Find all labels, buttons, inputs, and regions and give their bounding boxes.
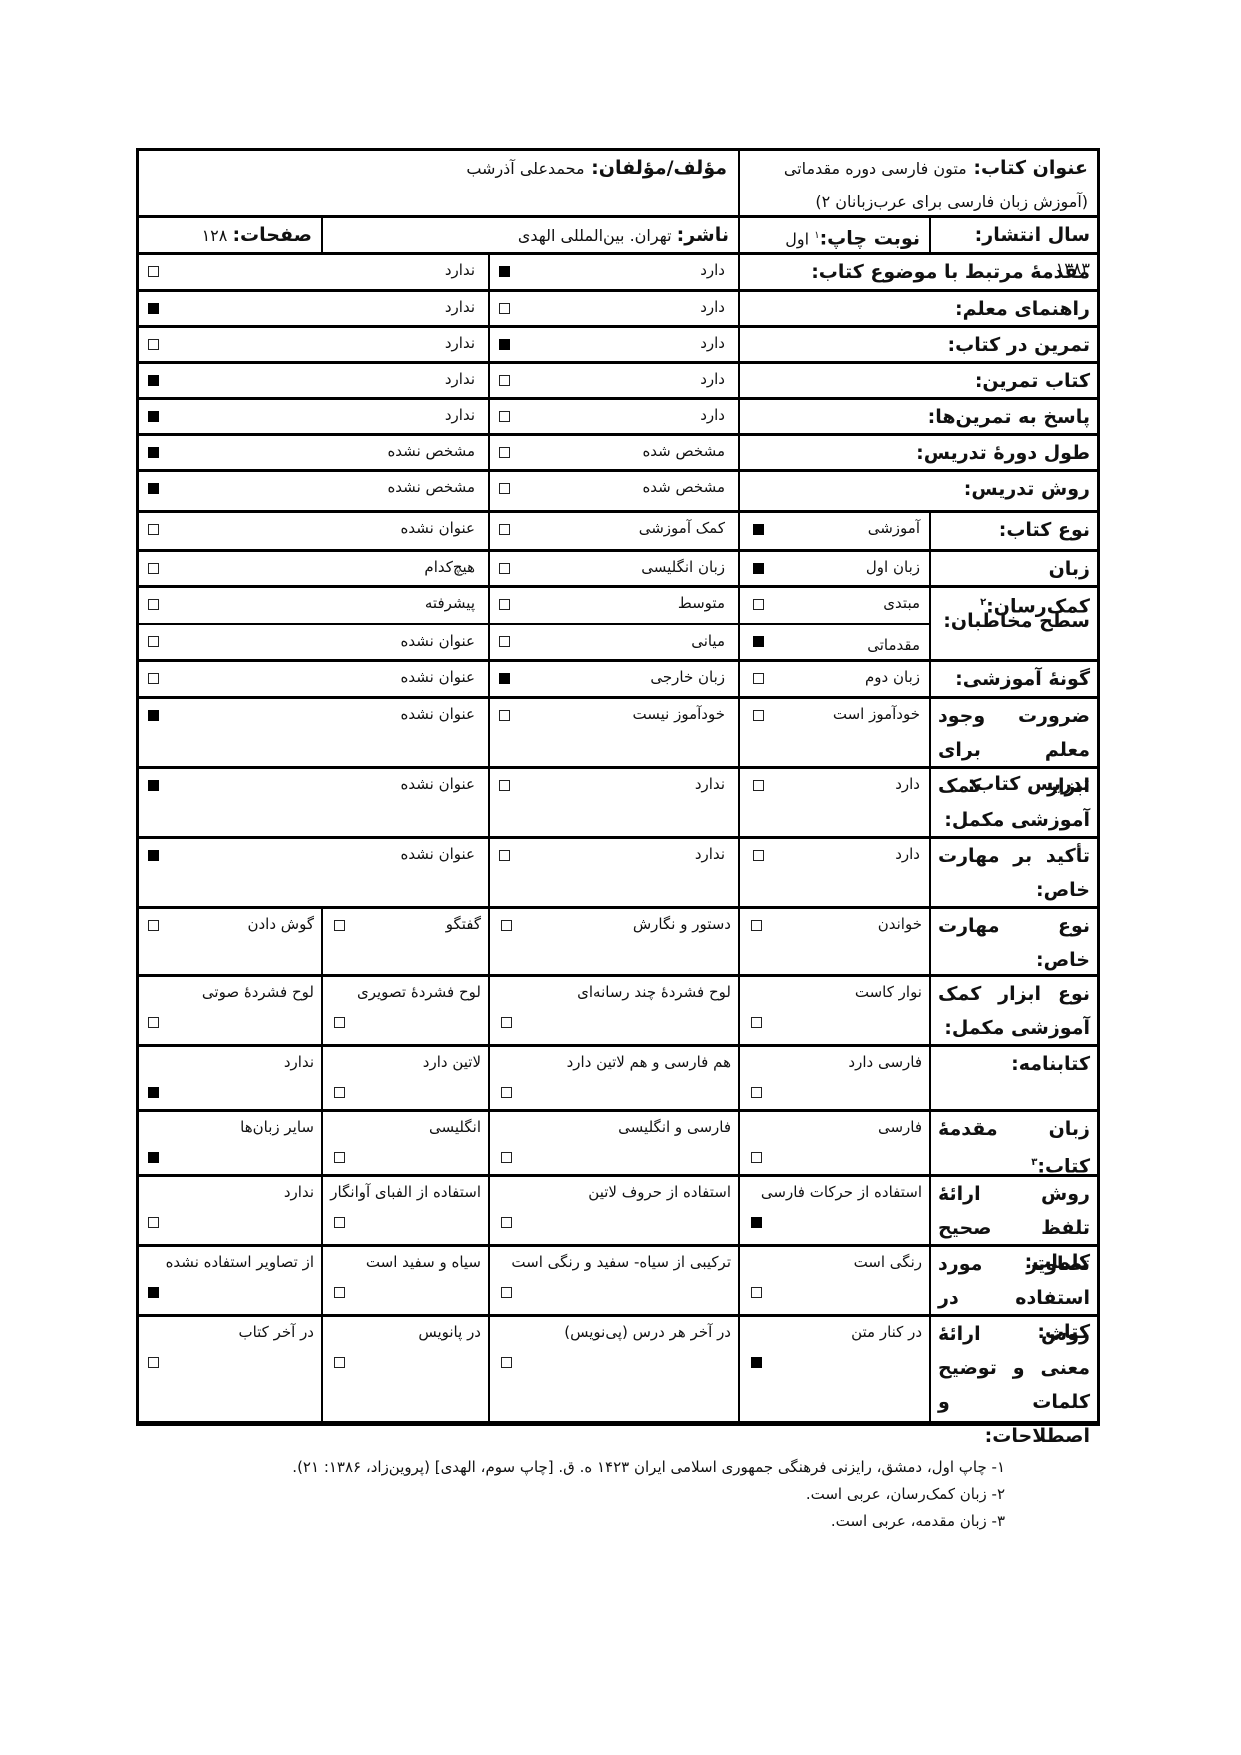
row-label-1: راهنمای معلم: (741, 290, 1098, 326)
column-divider (321, 975, 323, 1045)
option-label: از تصاویر استفاده نشده (166, 1253, 314, 1271)
option-label: عنوان نشده (401, 668, 475, 686)
checkbox-unchecked[interactable] (499, 375, 510, 386)
column-divider (929, 511, 931, 550)
option-label: عنوان نشده (401, 632, 475, 650)
column-divider (488, 1175, 490, 1245)
checkbox-unchecked[interactable] (148, 920, 159, 931)
column-divider (488, 253, 490, 290)
row-label-13: تأکید بر مهارت خاص: (932, 837, 1098, 907)
checkbox-unchecked[interactable] (499, 411, 510, 422)
checkbox-unchecked[interactable] (753, 710, 764, 721)
checkbox-unchecked[interactable] (334, 1087, 345, 1098)
column-divider (488, 290, 490, 326)
option-label: عنوان نشده (401, 519, 475, 537)
option-label: انگلیسی (429, 1118, 481, 1136)
row-label-12: ابزار کمک آموزشی مکمل: (932, 767, 1098, 837)
option-label: عنوان نشده (401, 705, 475, 723)
edition: نوبت چاپ:۱ اول (741, 217, 928, 253)
checkbox-unchecked[interactable] (148, 636, 159, 647)
column-divider (488, 470, 490, 511)
option-label: لوح فشردهٔ تصویری (357, 983, 481, 1001)
row-label-text: سطح مخاطبان: (943, 610, 1090, 632)
row-label-8: زبان کمک‌رسان:۲ (932, 550, 1098, 586)
checkbox-unchecked[interactable] (499, 599, 510, 610)
option-label: مبتدی (883, 594, 920, 612)
row-label-text: نوع کتاب: (999, 519, 1090, 541)
column-divider (488, 660, 490, 697)
row-label-4: پاسخ به تمرین‌ها: (741, 398, 1098, 434)
row-divider (136, 215, 1100, 218)
option-label: لوح فشردهٔ صوتی (202, 983, 314, 1001)
row-label-17: زبان مقدمهٔ کتاب:۳ (932, 1110, 1098, 1175)
title-label: عنوان کتاب: (967, 157, 1088, 179)
checkbox-checked[interactable] (753, 563, 764, 574)
checkbox-unchecked[interactable] (753, 780, 764, 791)
checkbox-unchecked[interactable] (753, 673, 764, 684)
checkbox-checked[interactable] (751, 1217, 762, 1228)
column-divider (321, 216, 323, 253)
footnote-2: ۲- زبان کمک‌رسان، عربی است. (806, 1485, 1005, 1503)
row-label-text: کتاب تمرین: (975, 370, 1090, 392)
checkbox-unchecked[interactable] (148, 1357, 159, 1368)
option-label: ندارد (445, 334, 475, 352)
option-label: لاتین دارد (423, 1053, 481, 1071)
column-divider (488, 697, 490, 767)
checkbox-unchecked[interactable] (753, 599, 764, 610)
checkbox-unchecked[interactable] (334, 1287, 345, 1298)
checkbox-unchecked[interactable] (334, 1017, 345, 1028)
option-label: هم فارسی و هم لاتین دارد (567, 1053, 731, 1071)
author-value: محمدعلی آذرشب (466, 159, 584, 178)
row-label-text: راهنمای معلم: (955, 298, 1090, 320)
column-divider (488, 975, 490, 1045)
checkbox-checked[interactable] (751, 1357, 762, 1368)
option-label: لوح فشردهٔ چند رسانه‌ای (577, 983, 731, 1001)
checkbox-checked[interactable] (499, 673, 510, 684)
option-label: مقدماتی (867, 636, 920, 654)
column-divider (738, 1110, 740, 1175)
option-label: فارسی (878, 1118, 922, 1136)
option-label: سایر زبان‌ها (240, 1118, 314, 1136)
option-label: دارد (895, 775, 920, 793)
row-label-20: روش ارائهٔ معنی و توضیح کلمات و اصطلاحات… (932, 1315, 1098, 1424)
checkbox-unchecked[interactable] (751, 1017, 762, 1028)
option-label: در آخر هر درس (پی‌نویس) (564, 1323, 731, 1341)
column-divider (738, 1175, 740, 1245)
option-label: رنگی است (854, 1253, 922, 1271)
option-label: فارسی دارد (848, 1053, 922, 1071)
checkbox-checked[interactable] (753, 636, 764, 647)
row-label-16: کتابنامه: (932, 1045, 1098, 1110)
option-label: ندارد (284, 1053, 314, 1071)
publisher: ناشر: تهران. بین‌المللی الهدی (324, 217, 737, 253)
row-label-3: کتاب تمرین: (741, 362, 1098, 398)
column-divider (321, 1110, 323, 1175)
column-divider (738, 148, 740, 253)
option-label: مشخص نشده (387, 442, 475, 460)
option-label: مشخص شده (642, 442, 725, 460)
checkbox-unchecked[interactable] (499, 636, 510, 647)
column-divider (488, 398, 490, 434)
row-label-text: مقدمهٔ مرتبط با موضوع کتاب: (811, 261, 1090, 283)
checkbox-unchecked[interactable] (751, 1152, 762, 1163)
option-label: دارد (700, 370, 725, 388)
option-label: ندارد (445, 261, 475, 279)
column-divider (929, 1315, 931, 1424)
checkbox-unchecked[interactable] (751, 1287, 762, 1298)
checkbox-unchecked[interactable] (753, 850, 764, 861)
checkbox-unchecked[interactable] (334, 920, 345, 931)
checkbox-unchecked[interactable] (148, 266, 159, 277)
option-label: استفاده از الفبای آوانگار (330, 1183, 481, 1201)
author-cell: مؤلف/مؤلفان: محمدعلی آذرشب (140, 150, 735, 216)
pages: صفحات: ۱۲۸ (138, 217, 320, 253)
checkbox-unchecked[interactable] (501, 1087, 512, 1098)
row-label-text: نوع مهارت خاص: (938, 915, 1090, 971)
option-label: زبان دوم (865, 668, 920, 686)
option-label: خواندن (878, 915, 922, 933)
checkbox-unchecked[interactable] (334, 1217, 345, 1228)
option-label: خودآموز است (833, 705, 920, 723)
checkbox-unchecked[interactable] (148, 673, 159, 684)
publisher-label: ناشر: (677, 224, 729, 246)
checkbox-checked[interactable] (148, 375, 159, 386)
column-divider (929, 550, 931, 586)
row-label-19: تصاویر مورد استفاده در کتاب: (932, 1245, 1098, 1315)
checkbox-unchecked[interactable] (501, 1357, 512, 1368)
option-label: مشخص نشده (387, 478, 475, 496)
checkbox-unchecked[interactable] (499, 483, 510, 494)
column-divider (488, 550, 490, 586)
option-label: ندارد (284, 1183, 314, 1201)
checkbox-unchecked[interactable] (501, 920, 512, 931)
checkbox-unchecked[interactable] (148, 1017, 159, 1028)
publication-year: سال انتشار: ۱۳۸۳ (932, 217, 1098, 253)
checkbox-checked[interactable] (148, 411, 159, 422)
column-divider (738, 660, 740, 697)
column-divider (488, 362, 490, 398)
checkbox-checked[interactable] (148, 303, 159, 314)
option-label: ترکیبی از سیاه- سفید و رنگی است (511, 1253, 731, 1271)
option-label: در کنار متن (851, 1323, 922, 1341)
footnote-3: ۳- زبان مقدمه، عربی است. (831, 1512, 1005, 1530)
row-label-text: تمرین در کتاب: (948, 334, 1090, 356)
column-divider (929, 697, 931, 767)
author-label: مؤلف/مؤلفان: (585, 157, 727, 179)
edition-label: نوبت چاپ: (820, 227, 920, 249)
column-divider (488, 907, 490, 975)
row-label-text: طول دورهٔ تدریس: (916, 442, 1090, 464)
option-label: گوش دادن (247, 915, 314, 933)
checkbox-unchecked[interactable] (148, 599, 159, 610)
column-divider (321, 907, 323, 975)
column-divider (929, 1175, 931, 1245)
checkbox-unchecked[interactable] (148, 563, 159, 574)
column-divider (488, 1315, 490, 1424)
column-divider (929, 837, 931, 907)
option-label: ندارد (445, 406, 475, 424)
option-label: سیاه و سفید است (366, 1253, 481, 1271)
checkbox-checked[interactable] (148, 1087, 159, 1098)
row-label-7: نوع کتاب: (932, 511, 1098, 550)
checkbox-unchecked[interactable] (334, 1152, 345, 1163)
column-divider (929, 907, 931, 975)
checkbox-unchecked[interactable] (334, 1357, 345, 1368)
column-divider (738, 907, 740, 975)
pages-label: صفحات: (232, 224, 312, 246)
column-divider (738, 1045, 740, 1110)
option-label: عنوان نشده (401, 845, 475, 863)
row-label-18: روش ارائهٔ تلفظ صحیح کلمات: (932, 1175, 1098, 1245)
column-divider (488, 1110, 490, 1175)
option-label: دستور و نگارش (633, 915, 731, 933)
row-divider (136, 623, 930, 625)
column-divider (738, 470, 740, 511)
footnote-1: ۱- چاپ اول، دمشق، رایزنی فرهنگی جمهوری ا… (292, 1458, 1005, 1476)
row-label-text: تأکید بر مهارت خاص: (938, 845, 1090, 901)
option-label: گفتگو (446, 915, 481, 933)
column-divider (321, 1175, 323, 1245)
pages-value: ۱۲۸ (202, 226, 233, 245)
option-label: ندارد (445, 370, 475, 388)
book-title-cell: عنوان کتاب: متون فارسی دوره مقدماتی (آمو… (741, 150, 1096, 216)
row-label-text: روش ارائهٔ معنی و توضیح کلمات و اصطلاحات… (938, 1323, 1090, 1447)
row-label-9: سطح مخاطبان: (932, 586, 1098, 660)
checkbox-unchecked[interactable] (499, 524, 510, 535)
column-divider (929, 660, 931, 697)
option-label: دارد (700, 298, 725, 316)
row-label-text: زبان مقدمهٔ کتاب: (938, 1118, 1090, 1177)
column-divider (738, 326, 740, 362)
column-divider (738, 1245, 740, 1315)
checkbox-checked[interactable] (148, 1152, 159, 1163)
column-divider (488, 837, 490, 907)
checkbox-checked[interactable] (148, 483, 159, 494)
row-label-11: ضرورت وجود معلم برای تدریس کتاب: (932, 697, 1098, 767)
column-divider (738, 975, 740, 1045)
publication-year-label: سال انتشار: (975, 224, 1090, 246)
row-label-text: کتابنامه: (1011, 1053, 1090, 1075)
column-divider (929, 216, 931, 253)
checkbox-unchecked[interactable] (501, 1017, 512, 1028)
column-divider (321, 1245, 323, 1315)
option-label: دارد (895, 845, 920, 863)
edition-value: اول (785, 229, 814, 248)
checkbox-checked[interactable] (499, 266, 510, 277)
row-label-text: پاسخ به تمرین‌ها: (928, 406, 1090, 428)
column-divider (738, 767, 740, 837)
option-label: کمک آموزشی (639, 519, 725, 537)
column-divider (738, 1315, 740, 1424)
option-label: پیشرفته (425, 594, 475, 612)
column-divider (488, 434, 490, 470)
row-label-15: نوع ابزار کمک آموزشی مکمل: (932, 975, 1098, 1045)
column-divider (738, 362, 740, 398)
checkbox-checked[interactable] (148, 1287, 159, 1298)
column-divider (488, 1045, 490, 1110)
row-label-6: روش تدریس: (741, 470, 1098, 511)
checkbox-checked[interactable] (148, 780, 159, 791)
checkbox-unchecked[interactable] (499, 850, 510, 861)
column-divider (738, 837, 740, 907)
column-divider (488, 1245, 490, 1315)
column-divider (929, 1245, 931, 1315)
column-divider (738, 398, 740, 434)
column-divider (738, 290, 740, 326)
option-label: میانی (691, 632, 725, 650)
row-label-5: طول دورهٔ تدریس: (741, 434, 1098, 470)
column-divider (738, 511, 740, 550)
option-label: در آخر کتاب (238, 1323, 314, 1341)
option-label: زبان انگلیسی (641, 558, 725, 576)
checkbox-unchecked[interactable] (499, 303, 510, 314)
column-divider (738, 253, 740, 290)
checkbox-checked[interactable] (148, 710, 159, 721)
row-label-text: روش تدریس: (964, 478, 1090, 500)
option-label: مشخص شده (642, 478, 725, 496)
checkbox-unchecked[interactable] (499, 710, 510, 721)
column-divider (929, 1045, 931, 1110)
option-label: فارسی و انگلیسی (618, 1118, 731, 1136)
checkbox-unchecked[interactable] (148, 339, 159, 350)
checkbox-unchecked[interactable] (499, 447, 510, 458)
checkbox-checked[interactable] (148, 850, 159, 861)
checkbox-checked[interactable] (148, 447, 159, 458)
column-divider (738, 550, 740, 586)
row-label-14: نوع مهارت خاص: (932, 907, 1098, 975)
column-divider (488, 511, 490, 550)
checkbox-checked[interactable] (753, 524, 764, 535)
row-label-0: مقدمهٔ مرتبط با موضوع کتاب: (741, 253, 1098, 290)
checkbox-unchecked[interactable] (501, 1152, 512, 1163)
column-divider (321, 1315, 323, 1424)
column-divider (488, 326, 490, 362)
checkbox-unchecked[interactable] (751, 920, 762, 931)
option-label: دارد (700, 334, 725, 352)
option-label: ندارد (695, 775, 725, 793)
checkbox-unchecked[interactable] (501, 1217, 512, 1228)
option-label: زبان خارجی (650, 668, 725, 686)
row-label-text: ابزار کمک آموزشی مکمل: (938, 775, 1090, 831)
row-label-text: نوع ابزار کمک آموزشی مکمل: (938, 983, 1090, 1039)
checkbox-unchecked[interactable] (148, 1217, 159, 1228)
column-divider (488, 767, 490, 837)
checkbox-unchecked[interactable] (501, 1287, 512, 1298)
publisher-value: تهران. بین‌المللی الهدی (518, 226, 677, 245)
option-label: خودآموز نیست (633, 705, 725, 723)
option-label: ندارد (445, 298, 475, 316)
option-label: نوار کاست (855, 983, 922, 1001)
option-label: استفاده از حرکات فارسی (761, 1183, 922, 1201)
option-label: زبان اول (866, 558, 920, 576)
column-divider (321, 1045, 323, 1110)
column-divider (929, 975, 931, 1045)
column-divider (929, 1110, 931, 1175)
option-label: در پانویس (418, 1323, 481, 1341)
option-label: دارد (700, 261, 725, 279)
option-label: استفاده از حروف لاتین (588, 1183, 731, 1201)
checkbox-unchecked[interactable] (148, 524, 159, 535)
option-label: متوسط (678, 594, 725, 612)
option-label: دارد (700, 406, 725, 424)
row-label-text: گونهٔ آموزشی: (955, 668, 1090, 690)
checkbox-checked[interactable] (499, 339, 510, 350)
checkbox-unchecked[interactable] (499, 780, 510, 791)
column-divider (738, 697, 740, 767)
column-divider (738, 434, 740, 470)
option-label: ندارد (695, 845, 725, 863)
option-label: هیچ‌کدام (424, 558, 475, 576)
checkbox-unchecked[interactable] (751, 1087, 762, 1098)
checkbox-unchecked[interactable] (499, 563, 510, 574)
row-label-10: گونهٔ آموزشی: (932, 660, 1098, 697)
option-label: آموزشی (868, 519, 920, 537)
row-divider (136, 1423, 1100, 1426)
column-divider (929, 767, 931, 837)
row-label-2: تمرین در کتاب: (741, 326, 1098, 362)
option-label: عنوان نشده (401, 775, 475, 793)
